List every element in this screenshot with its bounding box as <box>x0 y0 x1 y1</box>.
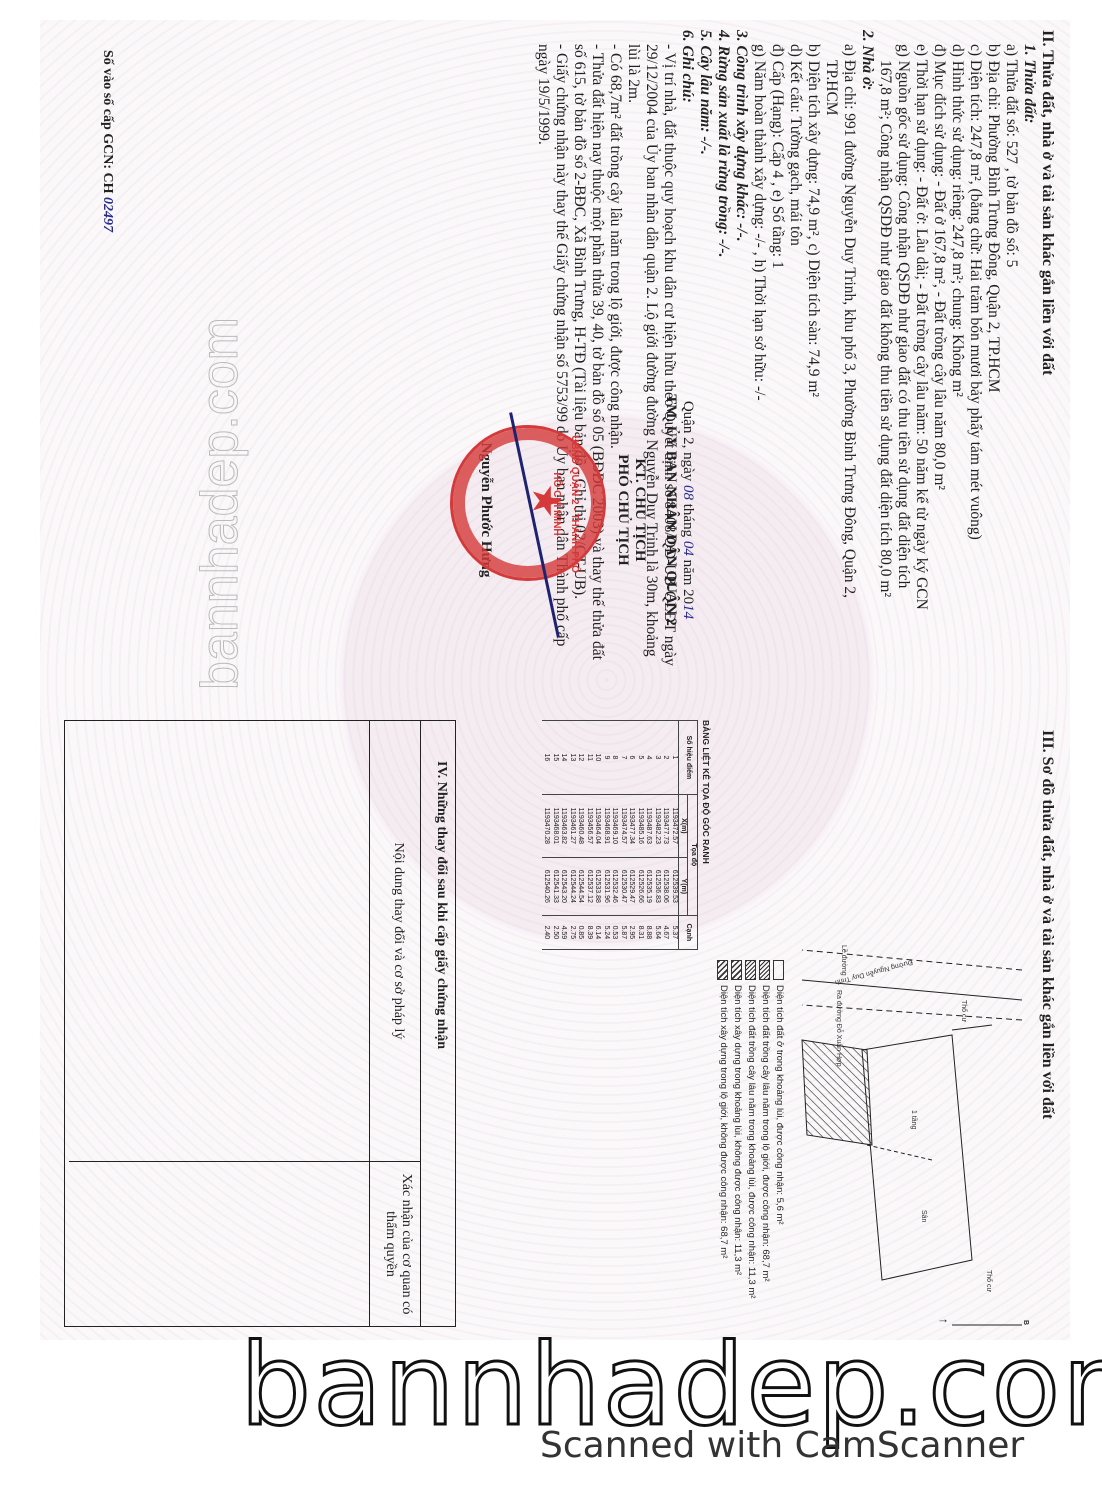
watermark-small: bannhadep.com <box>190 317 250 690</box>
table-row: 111193456.57612537.128.39 <box>585 721 594 950</box>
signer-title-2: PHÓ CHỦ TỊCH <box>614 330 631 690</box>
table-row: 131193461.27612544.242.75 <box>568 721 577 950</box>
scanner-footer: Scanned with CamScanner <box>540 1425 1024 1466</box>
legend-swatch-icon <box>760 960 771 980</box>
land-c: c) Diện tích: 247,8 m², (bằng chữ: Hai t… <box>966 30 984 670</box>
land-g2: 167,8 m²; Công nhận QSDĐ như giao đất kh… <box>876 30 894 670</box>
table-row: 61193477.34612529.472.95 <box>627 721 636 950</box>
land-g: g) Nguồn gốc sử dụng: Công nhận QSDĐ như… <box>894 30 912 670</box>
forest: 4. Rừng sản xuất là rừng trồng: -/-. <box>714 30 732 670</box>
land-dd: đ) Mục đích sử dụng: - Đất ở 167,8 m², -… <box>930 30 948 670</box>
house-dd: đ) Cấp (Hạng): Cấp 4 , e) Số tầng: 1 <box>768 30 786 670</box>
table-row: 121193460.48612544.540.85 <box>576 721 585 950</box>
issue-day: 08 <box>680 485 696 500</box>
gcn-registry-number: Số vào sổ cấp GCN: CH 02497 <box>98 50 116 232</box>
map-legend: Diện tích đất ở trong khoảng lùi, được c… <box>716 960 786 1330</box>
section-4-title: IV. Những thay đổi sau khi cấp giấy chứn… <box>420 721 455 1326</box>
table-row: 31193482.23612536.835.64 <box>653 721 662 950</box>
svg-text:1 tầng: 1 tầng <box>910 1110 919 1130</box>
table-row: 161193470.28612540.262.40 <box>542 721 551 950</box>
perennial: 5. Cây lâu năm: -/-. <box>696 30 714 670</box>
table-row: 81193469.10612532.460.53 <box>610 721 619 950</box>
house-a: a) Địa chỉ: 991 đường Nguyễn Duy Trinh, … <box>840 30 858 670</box>
issuing-org: TM. ỦY BAN NHÂN DÂN QUẬN 2 <box>662 330 679 690</box>
table-row: 21193477.73612538.064.67 <box>661 721 670 950</box>
table-row: 141193463.82612543.204.59 <box>559 721 568 950</box>
section-2-title: II. Thửa đất, nhà ở và tài sản khác gắn … <box>1038 30 1056 670</box>
table-row: 101193464.04612533.886.14 <box>593 721 602 950</box>
signer-title-1: KT. CHỦ TỊCH <box>631 330 648 690</box>
section-3-4: III. Sơ đồ thửa đất, nhà ở và tài sản kh… <box>56 690 1056 1330</box>
house-g: g) Năm hoàn thành xây dựng: -/- , h) Thờ… <box>750 30 768 670</box>
table-row: 91193468.91612531.965.24 <box>602 721 611 950</box>
house-a2: TP.HCM <box>822 30 840 670</box>
legend-item: Diện tích đất ở trong khoảng lùi, được c… <box>772 960 786 1330</box>
house-b: b) Diện tích xây dựng: 74,9 m², c) Diện … <box>804 30 822 670</box>
land-b: b) Địa chỉ: Phường Bình Trưng Đông, Quận… <box>984 30 1002 670</box>
table-row: 51193485.16612526.668.31 <box>636 721 645 950</box>
svg-text:Lề đường: Lề đường <box>840 945 849 976</box>
issue-year: 14 <box>680 604 696 619</box>
parcel-map: ↑ Sân 1 tầng Thổ cư <box>792 930 1032 1330</box>
coordinate-table: BẢNG LIỆT KÊ TỌA ĐỘ GÓC RANH Số hiệu điể… <box>542 720 711 950</box>
legend-swatch-icon <box>774 960 785 980</box>
changes-content-header: Nội dung thay đổi và cơ sở pháp lý <box>370 721 420 1162</box>
legend-swatch-icon <box>718 960 729 980</box>
table-row: 41193487.63612535.198.88 <box>644 721 653 950</box>
coordinate-table-body: 11193472.57612539.535.3721193477.7361253… <box>542 721 679 950</box>
legend-item: Diện tích xây dựng trong khoảng lùi, khô… <box>730 960 744 1330</box>
legend-item: Diện tích đất trồng cây lâu năm trong lộ… <box>758 960 772 1330</box>
table-row: 151193468.01612541.332.50 <box>551 721 560 950</box>
changes-content-cell <box>69 721 369 1162</box>
house-d: d) Kết cấu: Tường gạch, mái tôn <box>786 30 804 670</box>
table-row: 71193474.57612530.475.87 <box>619 721 628 950</box>
svg-text:Thổ cư: Thổ cư <box>960 1000 968 1023</box>
section-3-title: III. Sơ đồ thửa đất, nhà ở và tài sản kh… <box>1038 730 1056 1119</box>
svg-text:Thổ cư: Thổ cư <box>985 1270 993 1293</box>
issue-month: 04 <box>680 541 696 556</box>
land-heading: 1. Thửa đất: <box>1020 30 1038 670</box>
land-a: a) Thửa đất số: 527 , tờ bản đồ số: 5 <box>1002 30 1020 670</box>
legend-item: Diện tích đất trồng cây lâu năm trong kh… <box>744 960 758 1330</box>
changes-approval-header: Xác nhận của cơ quan có thẩm quyền <box>370 1162 420 1326</box>
issue-date: Quận 2, ngày 08 tháng 04 năm 2014 <box>679 330 696 690</box>
legend-swatch-icon <box>732 960 743 980</box>
legend-item: Diện tích xây dựng trong lộ giới, không … <box>716 960 730 1330</box>
land-e: e) Thời hạn sử dụng: - Đất ở: Lâu dài; -… <box>912 30 930 670</box>
table-row: 11193472.57612539.535.37 <box>670 721 679 950</box>
land-d: d) Hình thức sử dụng: riêng: 247,8 m²; c… <box>948 30 966 670</box>
legend-swatch-icon <box>746 960 757 980</box>
changes-table: IV. Những thay đổi sau khi cấp giấy chứn… <box>64 720 456 1327</box>
svg-text:Sân: Sân <box>920 1210 927 1223</box>
other-construction: 3. Công trình xây dựng khác: -/-. <box>732 30 750 670</box>
house-heading: 2. Nhà ở: <box>858 30 876 670</box>
